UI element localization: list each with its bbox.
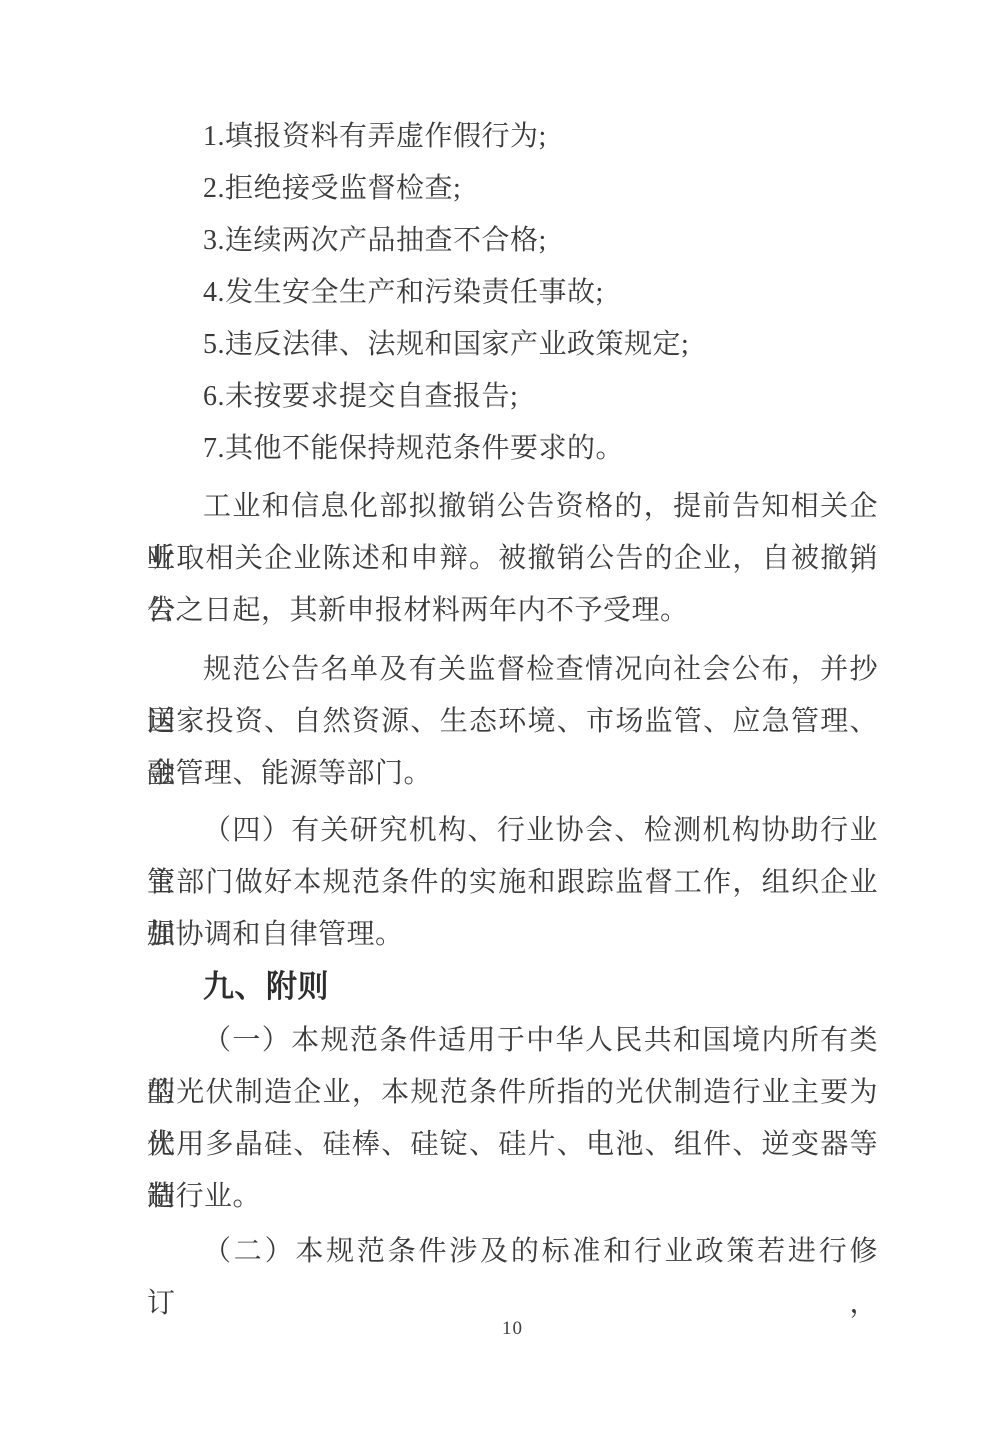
section-heading-block: 九、附则 xyxy=(147,961,878,1013)
paragraph-line: 强协调和自律管理。 xyxy=(147,909,878,961)
paragraph-line: 造行业。 xyxy=(147,1171,878,1223)
paragraph-line: 规范公告名单及有关监督检查情况向社会公布，并抄送 xyxy=(147,644,878,696)
section-heading: 九、附则 xyxy=(147,961,878,1013)
paragraph-line: （二）本规范条件涉及的标准和行业政策若进行修订， xyxy=(147,1226,878,1278)
paragraph-line: 融管理、能源等部门。 xyxy=(147,748,878,800)
paragraph-appendix-one: （一）本规范条件适用于中华人民共和国境内所有类型 的光伏制造企业，本规范条件所指… xyxy=(147,1015,878,1223)
paragraph-line: 管部门做好本规范条件的实施和跟踪监督工作，组织企业加 xyxy=(147,857,878,909)
numbered-item-1: 1.填报资料有弄虚作假行为; xyxy=(147,111,878,163)
paragraph-line: 伏用多晶硅、硅棒、硅锭、硅片、电池、组件、逆变器等制 xyxy=(147,1119,878,1171)
paragraph-line: 告之日起，其新申报材料两年内不予受理。 xyxy=(147,585,878,637)
paragraph-line: （四）有关研究机构、行业协会、检测机构协助行业主 xyxy=(147,805,878,857)
numbered-item-2: 2.拒绝接受监督检查; xyxy=(147,163,878,215)
paragraph-public-announcement: 规范公告名单及有关监督检查情况向社会公布，并抄送 国家投资、自然资源、生态环境、… xyxy=(147,644,878,800)
numbered-item-3: 3.连续两次产品抽查不合格; xyxy=(147,215,878,267)
paragraph-line: 听取相关企业陈述和申辩。被撤销公告的企业，自被撤销公 xyxy=(147,533,878,585)
paragraph-line: （一）本规范条件适用于中华人民共和国境内所有类型 xyxy=(147,1015,878,1067)
numbered-item-7: 7.其他不能保持规范条件要求的。 xyxy=(147,423,878,475)
paragraph-item-four: （四）有关研究机构、行业协会、检测机构协助行业主 管部门做好本规范条件的实施和跟… xyxy=(147,805,878,961)
document-page: 1.填报资料有弄虚作假行为; 2.拒绝接受监督检查; 3.连续两次产品抽查不合格… xyxy=(0,0,1006,1431)
numbered-item-6: 6.未按要求提交自查报告; xyxy=(147,371,878,423)
numbered-list: 1.填报资料有弄虚作假行为; 2.拒绝接受监督检查; 3.连续两次产品抽查不合格… xyxy=(147,111,878,475)
paragraph-revocation-notice: 工业和信息化部拟撤销公告资格的，提前告知相关企业， 听取相关企业陈述和申辩。被撤… xyxy=(147,481,878,637)
paragraph-appendix-two: （二）本规范条件涉及的标准和行业政策若进行修订， xyxy=(147,1226,878,1278)
paragraph-line: 国家投资、自然资源、生态环境、市场监管、应急管理、金 xyxy=(147,696,878,748)
paragraph-line: 的光伏制造企业，本规范条件所指的光伏制造行业主要为光 xyxy=(147,1067,878,1119)
numbered-item-4: 4.发生安全生产和污染责任事故; xyxy=(147,267,878,319)
numbered-item-5: 5.违反法律、法规和国家产业政策规定; xyxy=(147,319,878,371)
paragraph-line: 工业和信息化部拟撤销公告资格的，提前告知相关企业， xyxy=(147,481,878,533)
